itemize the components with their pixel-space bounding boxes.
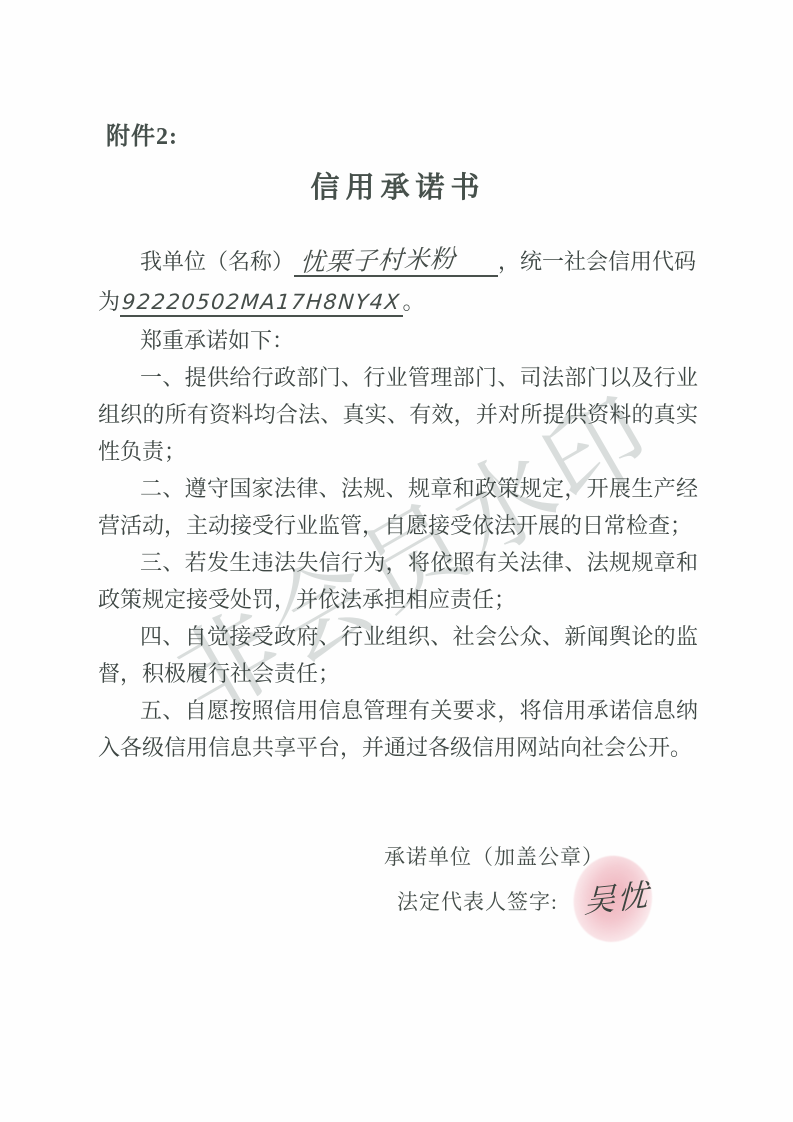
- unit-seal-label: 承诺单位（加盖公章）: [384, 842, 698, 872]
- unit-name-suffix: ，统一社会信用代码: [498, 249, 696, 274]
- credit-code-field: 92220502MA17H8NY4X: [120, 289, 403, 317]
- commitment-item-2: 二、遵守国家法律、法规、规章和政策规定，开展生产经营活动，主动接受行业监管，自愿…: [98, 470, 698, 544]
- legal-rep-label: 法定代表人签字:: [397, 890, 558, 914]
- credit-code-line: 为92220502MA17H8NY4X。: [98, 282, 698, 322]
- commitment-item-4: 四、自觉接受政府、行业组织、社会公众、新闻舆论的监督，积极履行社会责任；: [98, 618, 698, 692]
- credit-code-suffix: 。: [403, 289, 425, 314]
- legal-rep-line: 法定代表人签字:吴忧: [397, 884, 698, 917]
- document-page: 非会员水印 附件2: 信用承诺书 我单位（名称）忧栗子村米粉，统一社会信用代码 …: [0, 0, 793, 1122]
- company-name-field: 忧栗子村米粉: [294, 248, 498, 277]
- company-name-handwritten: 忧栗子村米粉: [299, 246, 456, 276]
- attachment-label: 附件2:: [98, 116, 698, 151]
- pledge-intro: 郑重承诺如下：: [98, 322, 698, 359]
- unit-name-prefix: 我单位（名称）: [140, 249, 294, 274]
- unit-name-line: 我单位（名称）忧栗子村米粉，统一社会信用代码: [98, 242, 698, 282]
- commitment-item-5: 五、自愿按照信用信息管理有关要求，将信用承诺信息纳入各级信用信息共享平台，并通过…: [98, 692, 698, 766]
- document-title: 信用承诺书: [98, 165, 698, 206]
- credit-code-handwritten: 92220502MA17H8NY4X: [121, 289, 402, 315]
- credit-code-prefix: 为: [98, 289, 120, 314]
- document-content: 附件2: 信用承诺书 我单位（名称）忧栗子村米粉，统一社会信用代码 为92220…: [0, 0, 793, 917]
- legal-rep-signature: 吴忧: [583, 880, 650, 917]
- commitment-item-1: 一、提供给行政部门、行业管理部门、司法部门以及行业组织的所有资料均合法、真实、有…: [98, 359, 698, 470]
- signature-section: 承诺单位（加盖公章） 法定代表人签字:吴忧: [384, 842, 698, 917]
- signature-area: 吴忧: [584, 884, 650, 917]
- commitment-item-3: 三、若发生违法失信行为，将依照有关法律、法规规章和政策规定接受处罚，并依法承担相…: [98, 544, 698, 618]
